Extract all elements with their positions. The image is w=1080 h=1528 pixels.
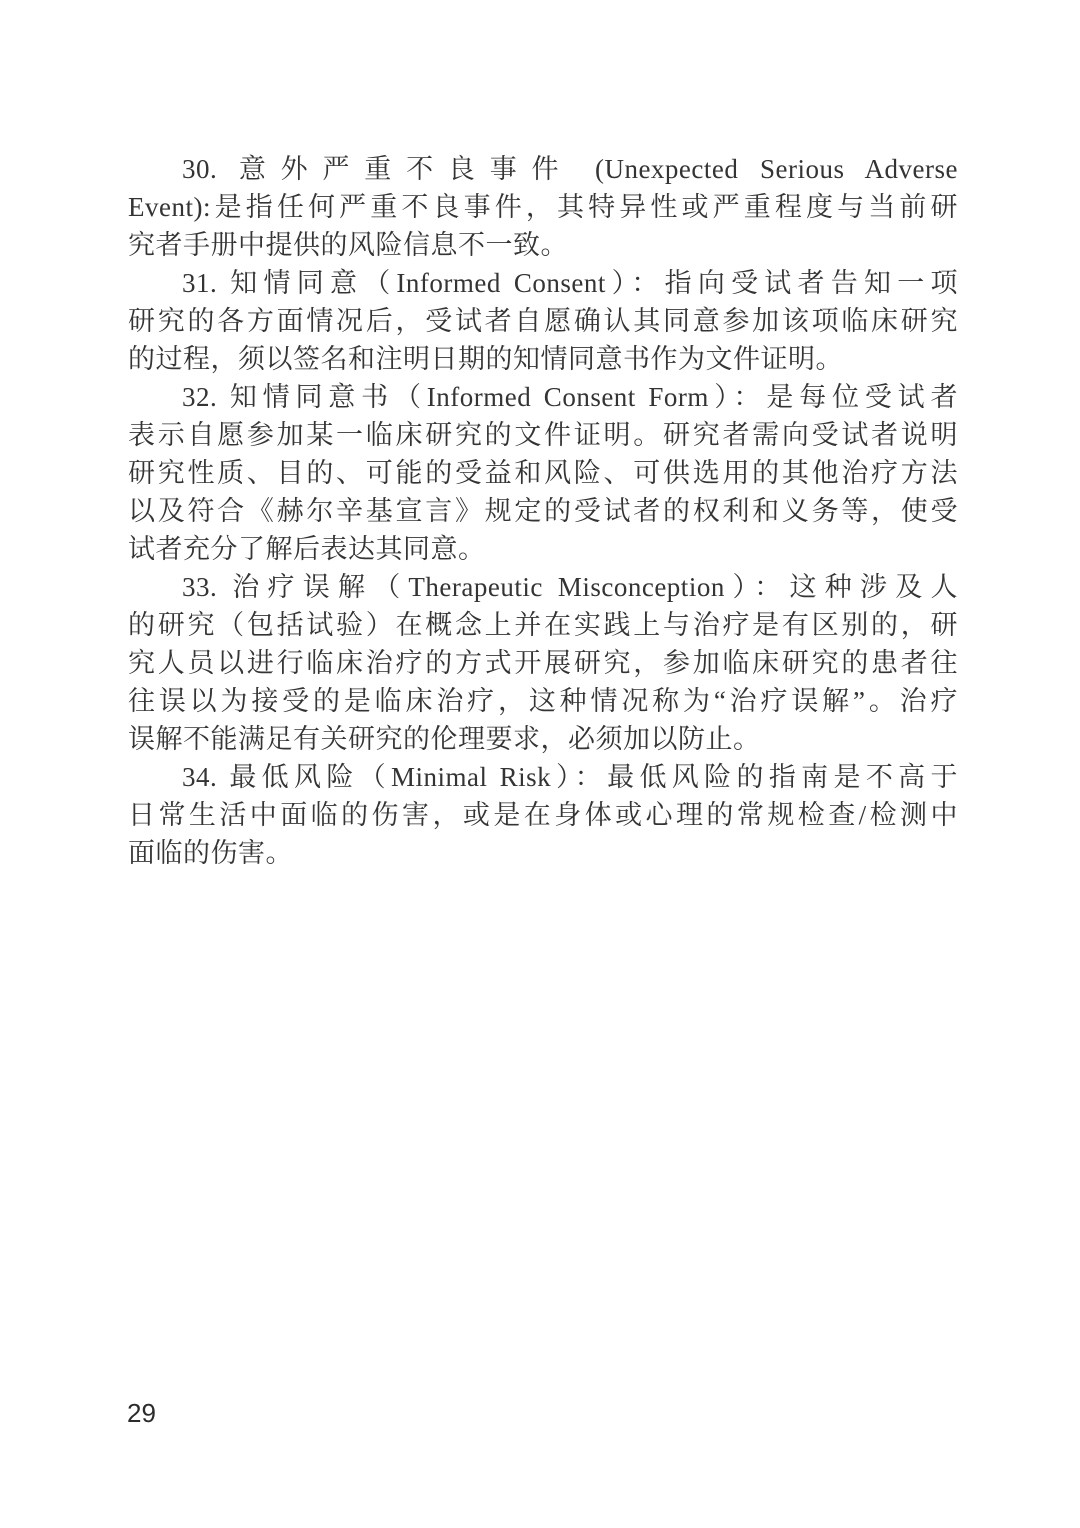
document-body: 30. 意外严重不良事件 (Unexpected Serious Adverse…: [128, 150, 958, 872]
text-line: 试者充分了解后表达其同意。: [128, 530, 958, 568]
paragraph-32: 32. 知情同意书（Informed Consent Form）：是每位受试者表…: [128, 378, 958, 568]
text-line: 的过程，须以签名和注明日期的知情同意书作为文件证明。: [128, 340, 958, 378]
text-line: 以及符合《赫尔辛基宣言》规定的受试者的权利和义务等，使受: [128, 492, 958, 530]
text-line: 34. 最低风险（Minimal Risk）：最低风险的指南是不高于: [128, 758, 958, 796]
document-page: 30. 意外严重不良事件 (Unexpected Serious Adverse…: [0, 0, 1080, 1528]
text-line: 表示自愿参加某一临床研究的文件证明。研究者需向受试者说明: [128, 416, 958, 454]
paragraph-30: 30. 意外严重不良事件 (Unexpected Serious Adverse…: [128, 150, 958, 264]
text-line: 研究性质、目的、可能的受益和风险、可供选用的其他治疗方法: [128, 454, 958, 492]
text-line: 面临的伤害。: [128, 834, 958, 872]
page-number: 29: [127, 1398, 156, 1429]
text-line: 究者手册中提供的风险信息不一致。: [128, 226, 958, 264]
text-line: 误解不能满足有关研究的伦理要求，必须加以防止。: [128, 720, 958, 758]
text-line: 研究的各方面情况后，受试者自愿确认其同意参加该项临床研究: [128, 302, 958, 340]
text-line: 的研究（包括试验）在概念上并在实践上与治疗是有区别的，研: [128, 606, 958, 644]
text-line: 日常生活中面临的伤害，或是在身体或心理的常规检查/检测中: [128, 796, 958, 834]
text-line: 32. 知情同意书（Informed Consent Form）：是每位受试者: [128, 378, 958, 416]
paragraph-31: 31. 知情同意（Informed Consent）：指向受试者告知一项研究的各…: [128, 264, 958, 378]
paragraph-33: 33. 治疗误解（Therapeutic Misconception）：这种涉及…: [128, 568, 958, 758]
paragraph-34: 34. 最低风险（Minimal Risk）：最低风险的指南是不高于日常生活中面…: [128, 758, 958, 872]
text-line: Event):是指任何严重不良事件，其特异性或严重程度与当前研: [128, 188, 958, 226]
text-line: 究人员以进行临床治疗的方式开展研究，参加临床研究的患者往: [128, 644, 958, 682]
text-line: 往误以为接受的是临床治疗，这种情况称为“治疗误解”。治疗: [128, 682, 958, 720]
text-line: 31. 知情同意（Informed Consent）：指向受试者告知一项: [128, 264, 958, 302]
text-line: 30. 意外严重不良事件 (Unexpected Serious Adverse: [128, 150, 958, 188]
text-line: 33. 治疗误解（Therapeutic Misconception）：这种涉及…: [128, 568, 958, 606]
